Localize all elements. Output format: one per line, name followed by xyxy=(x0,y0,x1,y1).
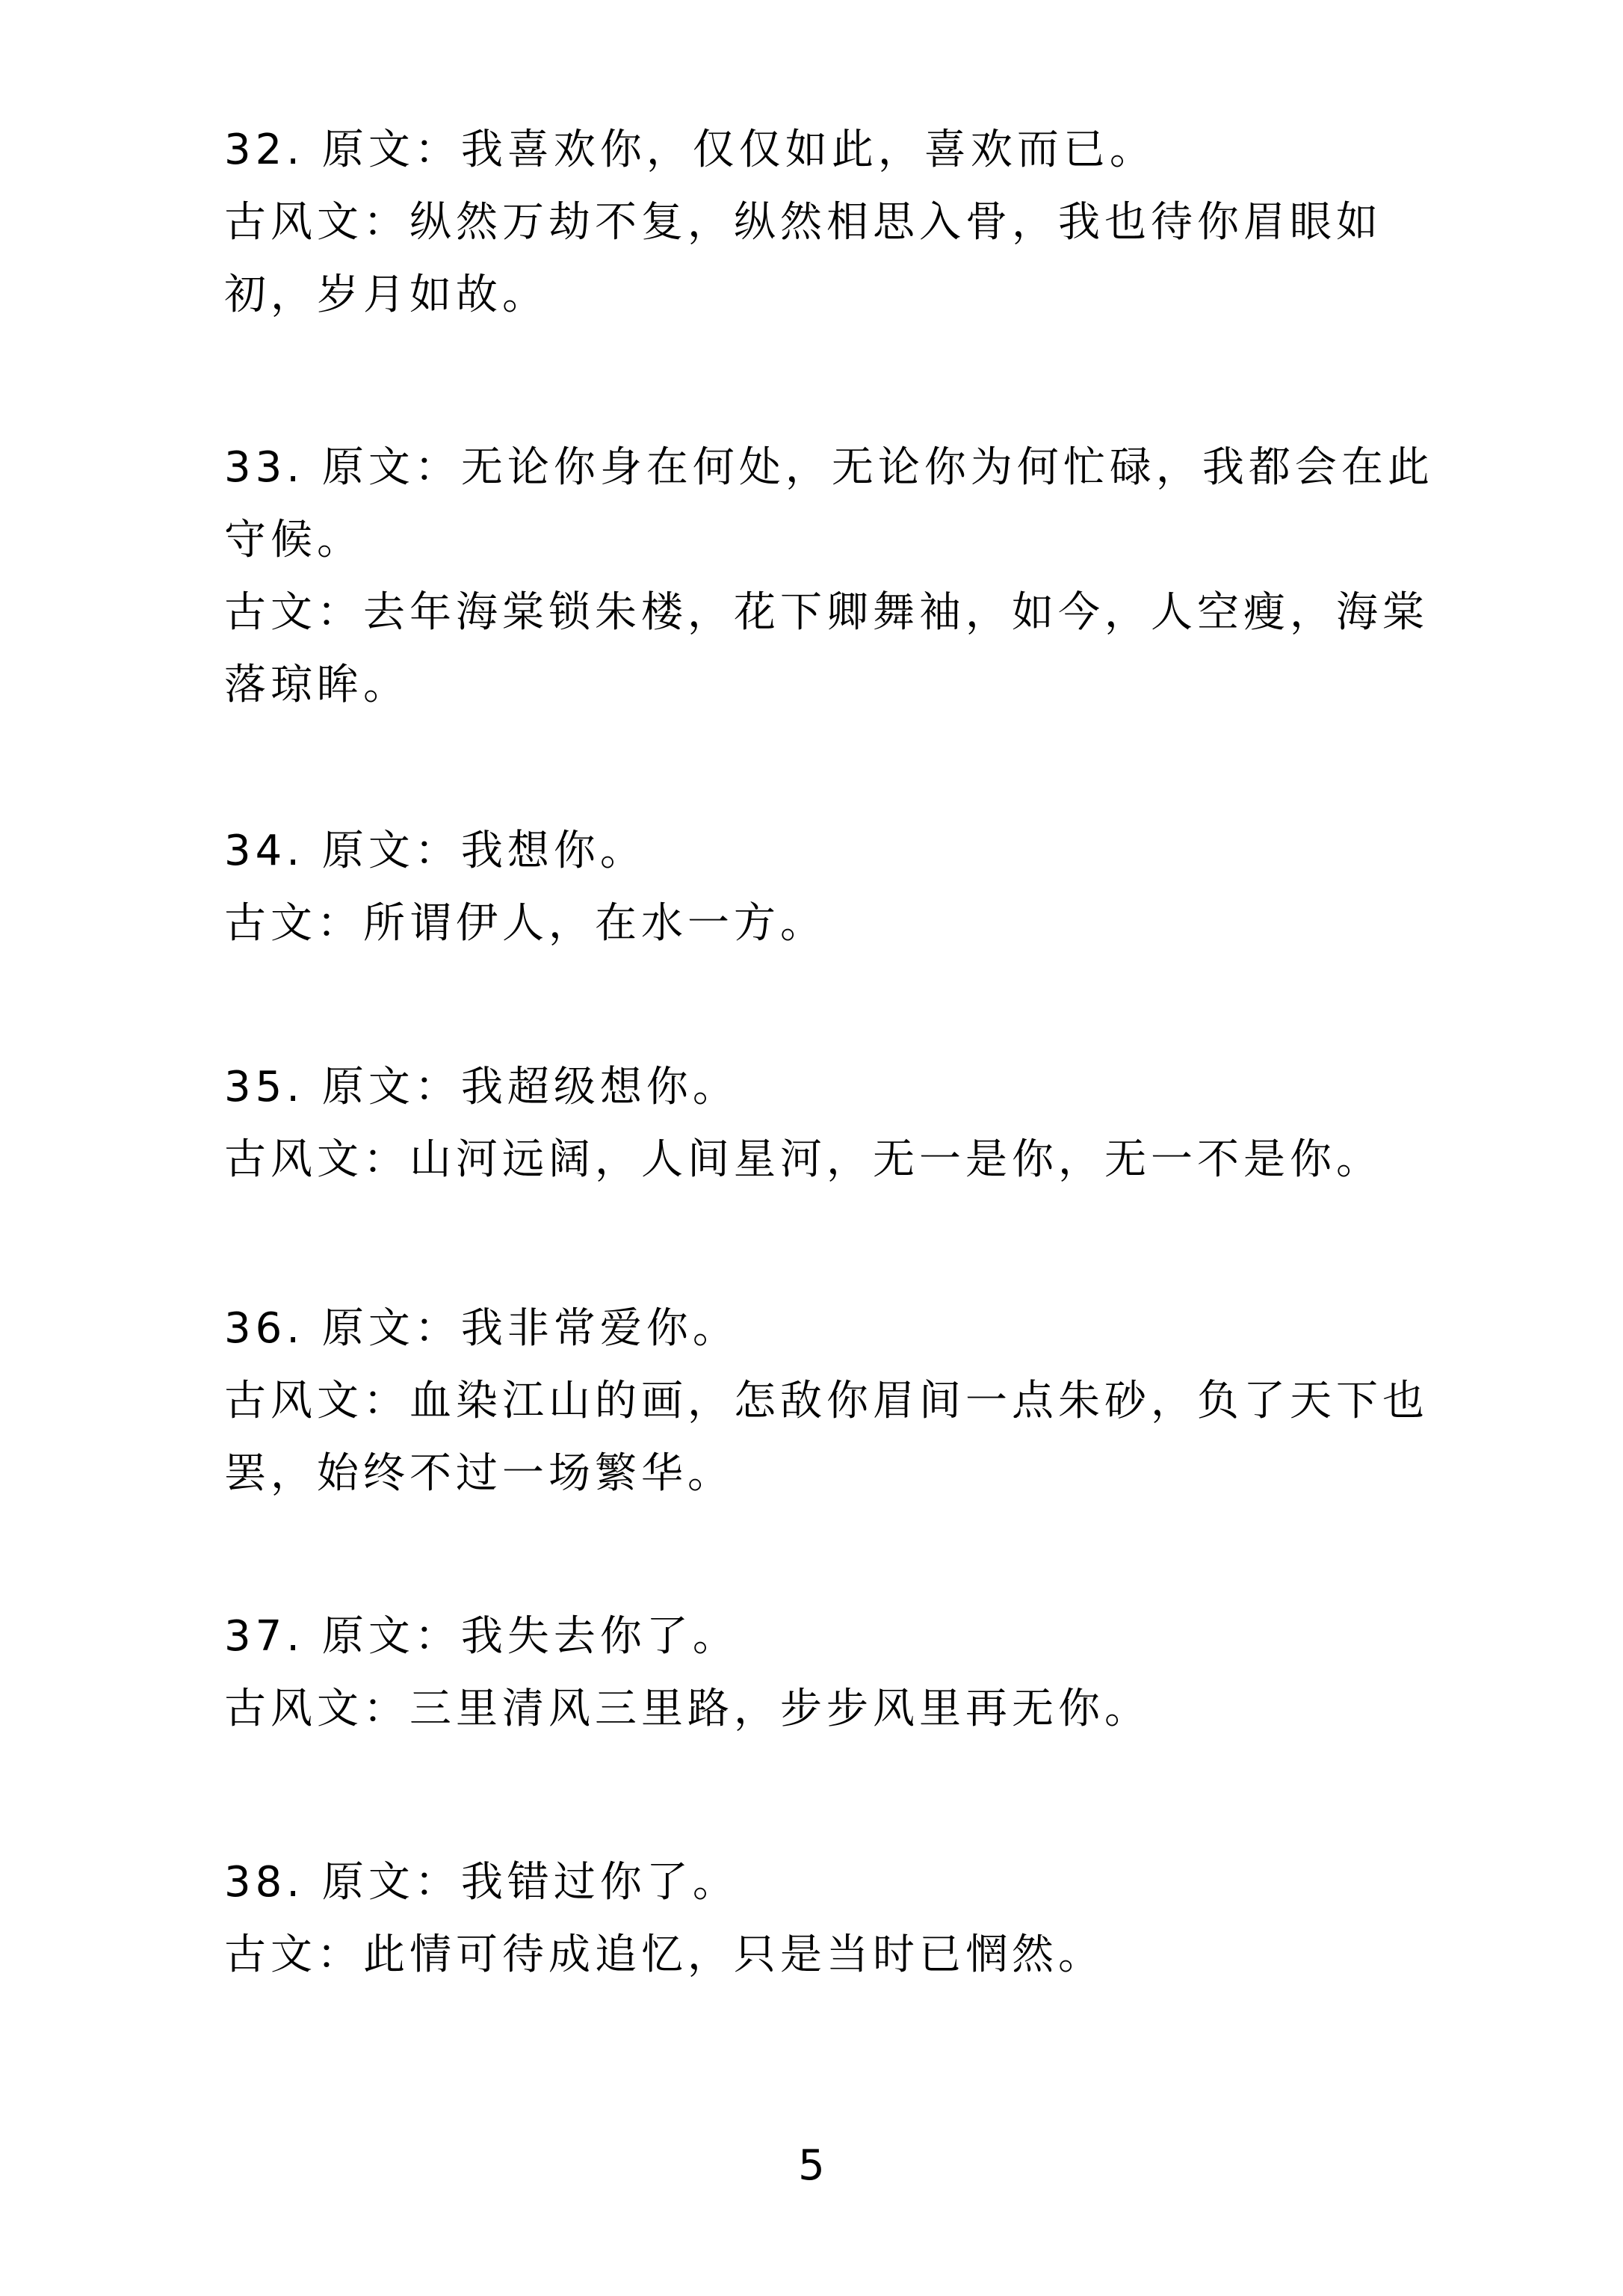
original-text: 我喜欢你，仅仅如此，喜欢而已。 xyxy=(461,126,1156,174)
original-label: 原文： xyxy=(322,443,461,492)
translation-text: 去年海棠锁朱楼，花下卿舞袖，如今，人空瘦，海棠落琼眸。 xyxy=(224,588,1429,709)
original-label: 原文： xyxy=(322,1063,461,1111)
entry-number: 38. xyxy=(224,1858,304,1907)
translation-label: 古风文： xyxy=(224,198,409,247)
entry-36: 36. 原文：我非常爱你。 古风文：血染江山的画，怎敌你眉间一点朱砂，负了天下也… xyxy=(224,1292,1435,1510)
original-label: 原文： xyxy=(322,1304,461,1353)
original-line: 37. 原文：我失去你了。 xyxy=(224,1600,1435,1673)
entry-number: 33. xyxy=(224,443,304,492)
translation-line: 古文：此情可待成追忆，只是当时已惘然。 xyxy=(224,1919,1435,1991)
original-text: 我想你。 xyxy=(461,827,646,875)
translation-label: 古风文： xyxy=(224,1685,409,1733)
translation-label: 古风文： xyxy=(224,1135,409,1184)
translation-label: 古文： xyxy=(224,1931,363,1979)
original-label: 原文： xyxy=(322,827,461,875)
original-text: 我错过你了。 xyxy=(461,1858,739,1907)
translation-label: 古文： xyxy=(224,588,363,637)
translation-line: 古风文：三里清风三里路，步步风里再无你。 xyxy=(224,1673,1435,1745)
entry-38: 38. 原文：我错过你了。 古文：此情可待成追忆，只是当时已惘然。 xyxy=(224,1846,1435,1991)
translation-line: 古风文：血染江山的画，怎敌你眉间一点朱砂，负了天下也罢，始终不过一场繁华。 xyxy=(224,1365,1435,1510)
translation-label: 古文： xyxy=(224,899,363,948)
translation-text: 所谓伊人，在水一方。 xyxy=(363,899,826,948)
original-line: 35. 原文：我超级想你。 xyxy=(224,1051,1435,1123)
original-line: 38. 原文：我错过你了。 xyxy=(224,1846,1435,1919)
page-number: 5 xyxy=(0,2136,1623,2196)
translation-text: 三里清风三里路，步步风里再无你。 xyxy=(409,1685,1151,1733)
translation-label: 古风文： xyxy=(224,1377,409,1425)
original-line: 32. 原文：我喜欢你，仅仅如此，喜欢而已。 xyxy=(224,114,1435,186)
original-label: 原文： xyxy=(322,1612,461,1661)
entry-32: 32. 原文：我喜欢你，仅仅如此，喜欢而已。 古风文：纵然万劫不复，纵然相思入骨… xyxy=(224,114,1435,331)
document-page: 32. 原文：我喜欢你，仅仅如此，喜欢而已。 古风文：纵然万劫不复，纵然相思入骨… xyxy=(0,0,1623,2296)
entry-number: 35. xyxy=(224,1063,304,1111)
entry-number: 34. xyxy=(224,827,304,875)
original-text: 我非常爱你。 xyxy=(461,1304,739,1353)
entry-37: 37. 原文：我失去你了。 古风文：三里清风三里路，步步风里再无你。 xyxy=(224,1600,1435,1745)
original-line: 36. 原文：我非常爱你。 xyxy=(224,1292,1435,1365)
entry-number: 36. xyxy=(224,1304,304,1353)
entry-35: 35. 原文：我超级想你。 古风文：山河远阔，人间星河，无一是你，无一不是你。 xyxy=(224,1051,1435,1196)
entry-number: 37. xyxy=(224,1612,304,1661)
entry-number: 32. xyxy=(224,126,304,174)
original-line: 33. 原文：无论你身在何处，无论你为何忙碌，我都会在此守候。 xyxy=(224,431,1435,576)
original-label: 原文： xyxy=(322,1858,461,1907)
entry-34: 34. 原文：我想你。 古文：所谓伊人，在水一方。 xyxy=(224,815,1435,960)
original-line: 34. 原文：我想你。 xyxy=(224,815,1435,887)
original-text: 我失去你了。 xyxy=(461,1612,739,1661)
translation-text: 山河远阔，人间星河，无一是你，无一不是你。 xyxy=(409,1135,1382,1184)
original-label: 原文： xyxy=(322,126,461,174)
translation-line: 古文：去年海棠锁朱楼，花下卿舞袖，如今，人空瘦，海棠落琼眸。 xyxy=(224,576,1435,721)
translation-text: 此情可待成追忆，只是当时已惘然。 xyxy=(363,1931,1104,1979)
original-text: 我超级想你。 xyxy=(461,1063,739,1111)
translation-line: 古风文：纵然万劫不复，纵然相思入骨，我也待你眉眼如初，岁月如故。 xyxy=(224,186,1435,331)
translation-line: 古风文：山河远阔，人间星河，无一是你，无一不是你。 xyxy=(224,1123,1435,1196)
entry-33: 33. 原文：无论你身在何处，无论你为何忙碌，我都会在此守候。 古文：去年海棠锁… xyxy=(224,431,1435,721)
translation-line: 古文：所谓伊人，在水一方。 xyxy=(224,887,1435,960)
